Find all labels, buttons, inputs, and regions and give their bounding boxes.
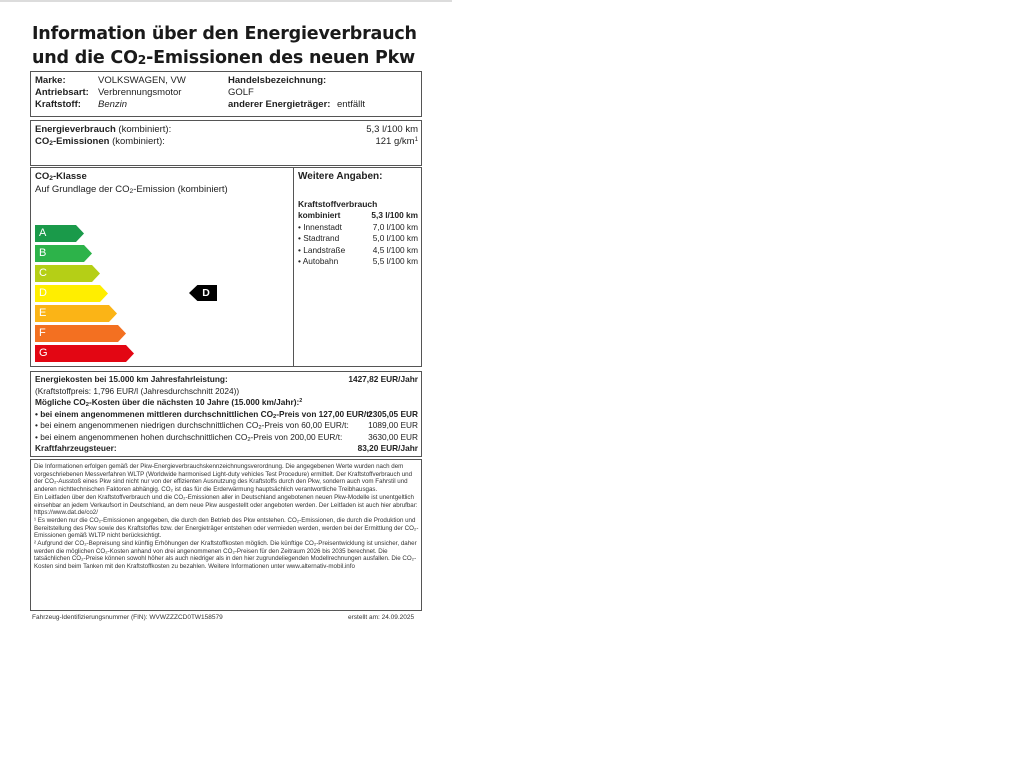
created-value: 24.09.2025 xyxy=(382,614,415,621)
label-rest: (kombiniert): xyxy=(109,136,164,147)
label-rest: (kombiniert): xyxy=(116,124,171,135)
fuel-consumption-value: 4,5 l/100 km xyxy=(373,245,418,257)
energy-consumption-label: Energieverbrauch (kombiniert): xyxy=(35,124,171,136)
vin-label: Fahrzeug-Identifizierungsnummer (FIN): xyxy=(32,614,148,621)
footnote-ref: 1 xyxy=(415,136,418,143)
energy-cost-value: 1427,82 EUR/Jahr xyxy=(348,374,418,386)
fuel-consumption-heading: Kraftstoffverbrauch xyxy=(298,199,377,211)
title-line-1: Information über den Energieverbrauch xyxy=(32,22,417,46)
heading-text: -Kosten über die nächsten 10 Jahre (15.0… xyxy=(89,397,299,407)
vehicle-tax-label: Kraftfahrzeugsteuer: xyxy=(35,443,117,455)
fuel-consumption-value: 5,3 l/100 km xyxy=(371,210,418,222)
vin-line: Fahrzeug-Identifizierungsnummer (FIN): W… xyxy=(32,614,223,621)
vehicle-info-box: Marke: VOLKSWAGEN, VW Antriebsart: Verbr… xyxy=(30,71,422,117)
fuel-consumption-label: kombiniert xyxy=(298,210,340,222)
footnote-paragraph: ¹ Es werden nur die CO₂-Emissionen angeg… xyxy=(34,517,420,540)
fuel-price-note: (Kraftstoffpreis: 1,796 EUR/l (Jahresdur… xyxy=(35,386,239,398)
subtitle-text: -Emission (kombiniert) xyxy=(133,184,228,195)
heading-text: CO xyxy=(35,171,49,182)
title-text: -Emissionen des neuen Pkw xyxy=(146,48,415,68)
co2-class-bar-d: D xyxy=(35,285,108,302)
co2-emission-label: CO2-Emissionen (kombiniert): xyxy=(35,136,165,148)
co2-class-bar-e: E xyxy=(35,305,117,322)
anderer-energietraeger-label: anderer Energieträger: xyxy=(228,99,330,111)
title-line-2: und die CO2-Emissionen des neuen Pkw xyxy=(32,46,417,70)
co2-class-bar-c: C xyxy=(35,265,100,282)
fuel-consumption-label: • Innenstadt xyxy=(298,222,342,234)
antriebsart-label: Antriebsart: xyxy=(35,87,89,99)
co2-class-bar-b: B xyxy=(35,245,92,262)
co2-class-subtitle: Auf Grundlage der CO2-Emission (kombinie… xyxy=(35,184,228,196)
title-sub: 2 xyxy=(138,53,146,67)
marke-label: Marke: xyxy=(35,75,66,87)
kraftstoff-value: Benzin xyxy=(98,99,127,111)
top-border-line xyxy=(0,0,452,2)
co2-class-box: CO2-Klasse Auf Grundlage der CO2-Emissio… xyxy=(30,167,422,367)
footnotes-box: Die Informationen erfolgen gemäß der Pkw… xyxy=(30,459,422,611)
co2-cost-scenario-label: • bei einem angenommenen niedrigen durch… xyxy=(35,420,349,432)
co2-cost-scenario-label: • bei einem angenommenen hohen durchschn… xyxy=(35,432,342,444)
co2-emission-value: 121 g/km1 xyxy=(375,136,418,148)
footnote-paragraph: Die Informationen erfolgen gemäß der Pkw… xyxy=(34,463,420,494)
energy-cost-label: Energiekosten bei 15.000 km Jahresfahrle… xyxy=(35,374,228,386)
footnote-paragraph: ² Aufgrund der CO₂-Bepreisung sind künft… xyxy=(34,540,420,571)
vehicle-tax-value: 83,20 EUR/Jahr xyxy=(358,443,418,455)
label-bold: -Emissionen xyxy=(53,136,110,147)
current-class-marker: D xyxy=(189,285,217,301)
footnote-paragraph: Ein Leitfaden über den Kraftstoffverbrau… xyxy=(34,494,420,517)
co2-cost-scenario-value: 1089,00 EUR xyxy=(368,420,418,432)
heading-text: Mögliche CO xyxy=(35,397,86,407)
label-bold: CO xyxy=(35,136,49,147)
vin-value: WVWZZZCD0TW158579 xyxy=(149,614,222,621)
fuel-consumption-value: 5,5 l/100 km xyxy=(373,256,418,268)
fuel-consumption-value: 5,0 l/100 km xyxy=(373,233,418,245)
kraftstoff-label: Kraftstoff: xyxy=(35,99,81,111)
co2-class-heading: CO2-Klasse xyxy=(35,171,87,183)
anderer-energietraeger-value: entfällt xyxy=(337,99,365,111)
handelsbezeichnung-value: GOLF xyxy=(228,87,254,99)
footnotes-text: Die Informationen erfolgen gemäß der Pkw… xyxy=(34,463,420,571)
label-bold: Energieverbrauch xyxy=(35,124,116,135)
fuel-consumption-label: • Stadtrand xyxy=(298,233,339,245)
energy-consumption-value: 5,3 l/100 km xyxy=(366,124,418,136)
consumption-box: Energieverbrauch (kombiniert): 5,3 l/100… xyxy=(30,120,422,166)
fuel-consumption-value: 7,0 l/100 km xyxy=(373,222,418,234)
page-title: Information über den Energieverbrauch un… xyxy=(32,22,417,70)
co2-class-bar-f: F xyxy=(35,325,126,342)
handelsbezeichnung-label: Handelsbezeichnung: xyxy=(228,75,326,87)
fuel-consumption-label: • Landstraße xyxy=(298,245,345,257)
antriebsart-value: Verbrennungsmotor xyxy=(98,87,181,99)
further-info-heading: Weitere Angaben: xyxy=(298,171,382,183)
heading-text: -Klasse xyxy=(53,171,87,182)
created-date: erstellt am: 24.09.2025 xyxy=(348,614,414,621)
co2-cost-scenario-label: • bei einem angenommenen mittleren durch… xyxy=(35,409,372,421)
fuel-consumption-label: • Autobahn xyxy=(298,256,338,268)
co2-class-bar-a: A xyxy=(35,225,84,242)
subtitle-text: Auf Grundlage der CO xyxy=(35,184,130,195)
co2-class-bar-g: G xyxy=(35,345,134,362)
co2-cost-scenario-value: 2305,05 EUR xyxy=(368,409,418,421)
title-text: und die CO xyxy=(32,48,138,68)
cost-box: Energiekosten bei 15.000 km Jahresfahrle… xyxy=(30,371,422,457)
created-label: erstellt am: xyxy=(348,614,380,621)
value-text: 121 g/km xyxy=(375,136,414,147)
column-divider xyxy=(293,168,294,366)
co2-cost-scenario-value: 3630,00 EUR xyxy=(368,432,418,444)
marke-value: VOLKSWAGEN, VW xyxy=(98,75,186,87)
co2-cost-heading: Mögliche CO2-Kosten über die nächsten 10… xyxy=(35,397,302,409)
footnote-ref: 2 xyxy=(299,398,302,404)
